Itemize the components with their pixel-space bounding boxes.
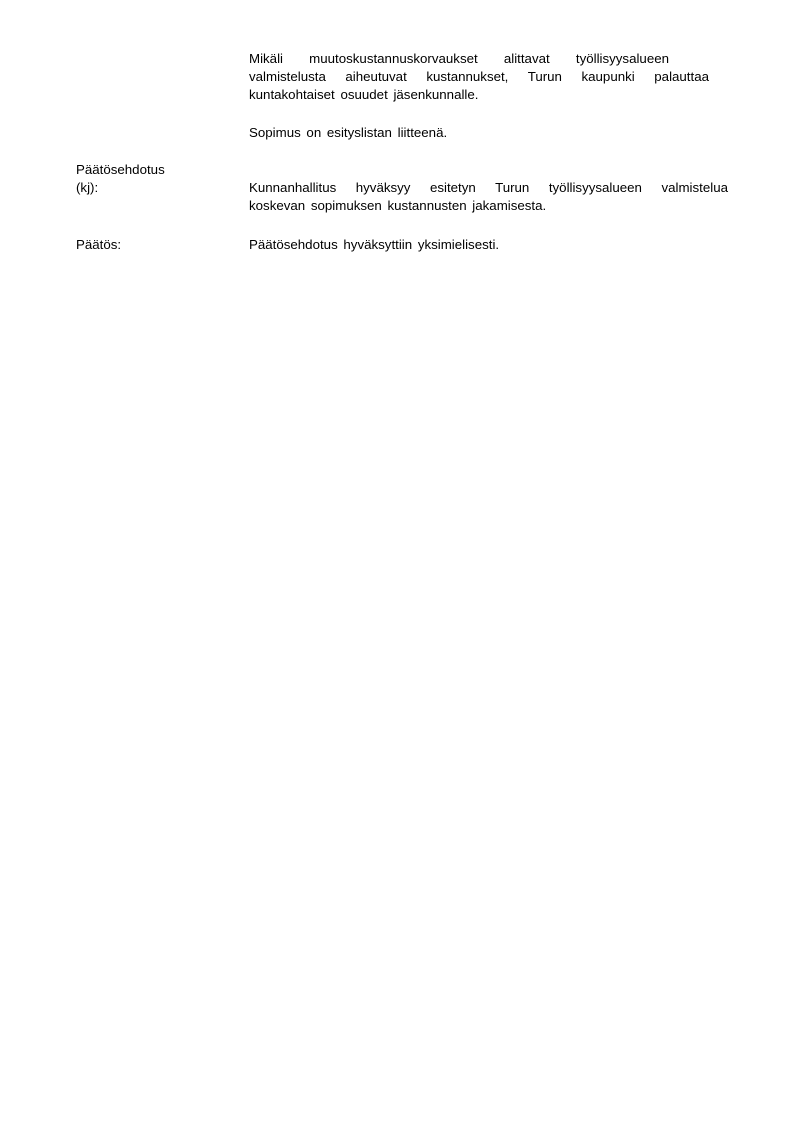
proposal-label: Päätösehdotus (kj): [76,161,165,197]
attachment-note-text: Sopimus on esityslistan liitteenä. [249,124,728,142]
intro-line-1: Mikäli muutoskustannuskorvaukset alittav… [249,50,669,68]
decision-text: Päätösehdotus hyväksyttiin yksimielisest… [249,236,728,254]
proposal-label-line-2: (kj): [76,179,165,197]
document-page: Mikäli muutoskustannuskorvaukset alittav… [0,0,794,1122]
proposal-label-line-1: Päätösehdotus [76,161,165,179]
attachment-note: Sopimus on esityslistan liitteenä. [249,124,728,142]
intro-paragraph: Mikäli muutoskustannuskorvaukset alittav… [249,50,728,104]
intro-line-2: valmistelusta aiheutuvat kustannukset, T… [249,68,709,86]
decision-label: Päätös: [76,236,121,254]
proposal-line-1: Kunnanhallitus hyväksyy esitetyn Turun t… [249,179,728,197]
intro-line-3: kuntakohtaiset osuudet jäsenkunnalle. [249,86,728,104]
proposal-line-2: koskevan sopimuksen kustannusten jakamis… [249,197,728,215]
proposal-text: Kunnanhallitus hyväksyy esitetyn Turun t… [249,179,728,215]
decision-text-line: Päätösehdotus hyväksyttiin yksimielisest… [249,236,728,254]
decision-label-text: Päätös: [76,236,121,254]
